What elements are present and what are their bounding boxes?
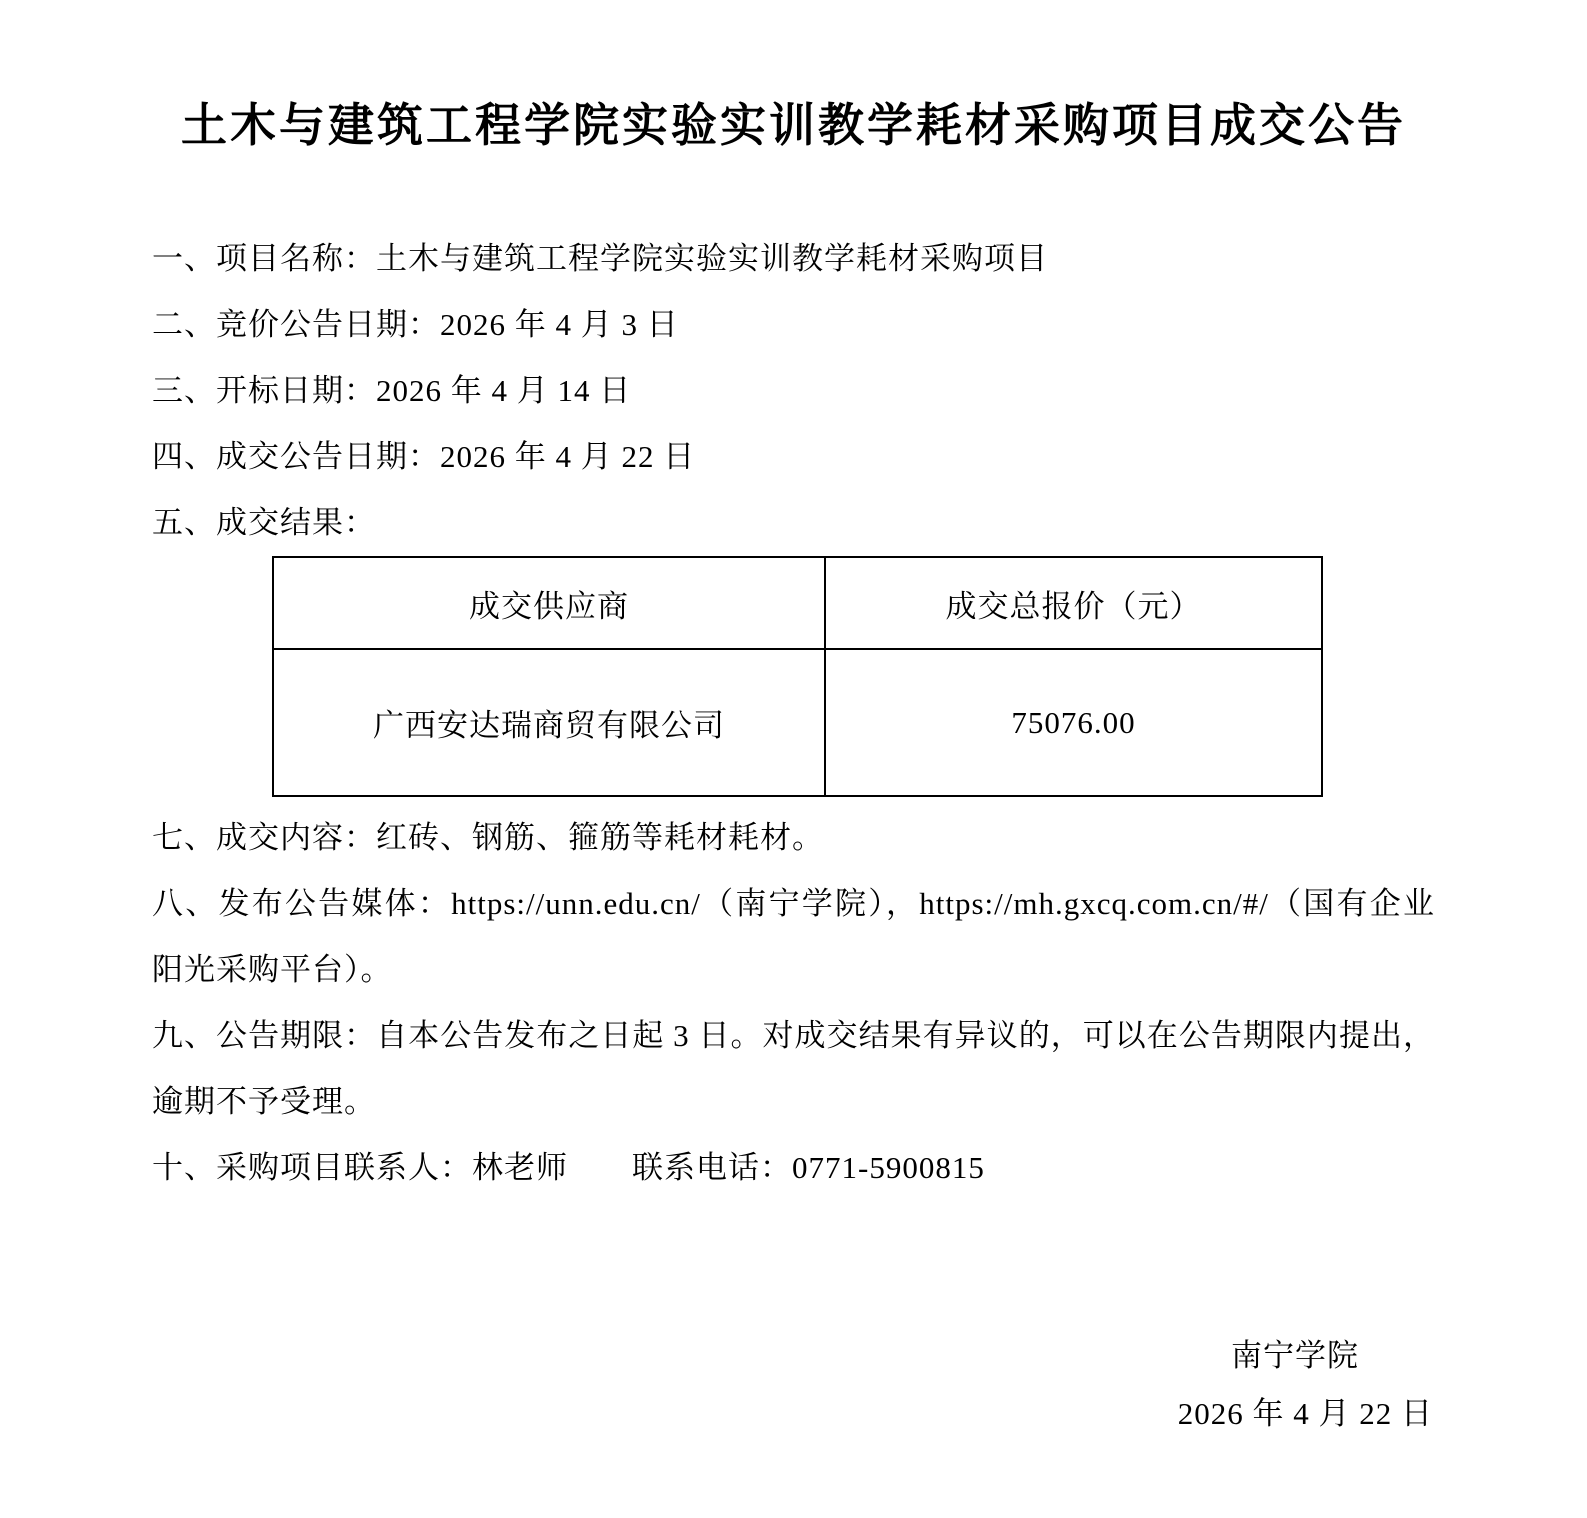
award-result-table: 成交供应商 成交总报价（元） 广西安达瑞商贸有限公司 75076.00 xyxy=(272,556,1323,797)
header-cell-total-price: 成交总报价（元） xyxy=(825,557,1322,649)
item-bid-opening-date: 三、开标日期：2026 年 4 月 14 日 xyxy=(152,358,1435,424)
item-project-name: 一、项目名称：土木与建筑工程学院实验实训教学耗材采购项目 xyxy=(152,226,1435,292)
table-header-row: 成交供应商 成交总报价（元） xyxy=(273,557,1322,649)
item-publish-media: 八、发布公告媒体：https://unn.edu.cn/（南宁学院），https… xyxy=(152,871,1435,1003)
signature-block: 南宁学院 2026 年 4 月 22 日 xyxy=(152,1327,1435,1443)
header-cell-supplier: 成交供应商 xyxy=(273,557,825,649)
item-bidding-announcement-date: 二、竞价公告日期：2026 年 4 月 3 日 xyxy=(152,292,1435,358)
signature-date: 2026 年 4 月 22 日 xyxy=(152,1385,1435,1443)
item-award-announcement-date: 四、成交公告日期：2026 年 4 月 22 日 xyxy=(152,424,1435,490)
item-award-result-label: 五、成交结果： xyxy=(152,490,1435,556)
table-row: 广西安达瑞商贸有限公司 75076.00 xyxy=(273,649,1322,796)
item-award-content: 七、成交内容：红砖、钢筋、箍筋等耗材耗材。 xyxy=(152,805,1435,871)
item-announcement-period: 九、公告期限：自本公告发布之日起 3 日。对成交结果有异议的，可以在公告期限内提… xyxy=(152,1003,1435,1135)
announcement-document: 土木与建筑工程学院实验实训教学耗材采购项目成交公告 一、项目名称：土木与建筑工程… xyxy=(0,0,1587,1518)
signature-org: 南宁学院 xyxy=(152,1327,1435,1385)
item-contact-info: 十、采购项目联系人：林老师 联系电话：0771-5900815 xyxy=(152,1135,1435,1201)
cell-total-price: 75076.00 xyxy=(825,649,1322,796)
page-title: 土木与建筑工程学院实验实训教学耗材采购项目成交公告 xyxy=(152,90,1435,162)
cell-supplier-name: 广西安达瑞商贸有限公司 xyxy=(273,649,825,796)
